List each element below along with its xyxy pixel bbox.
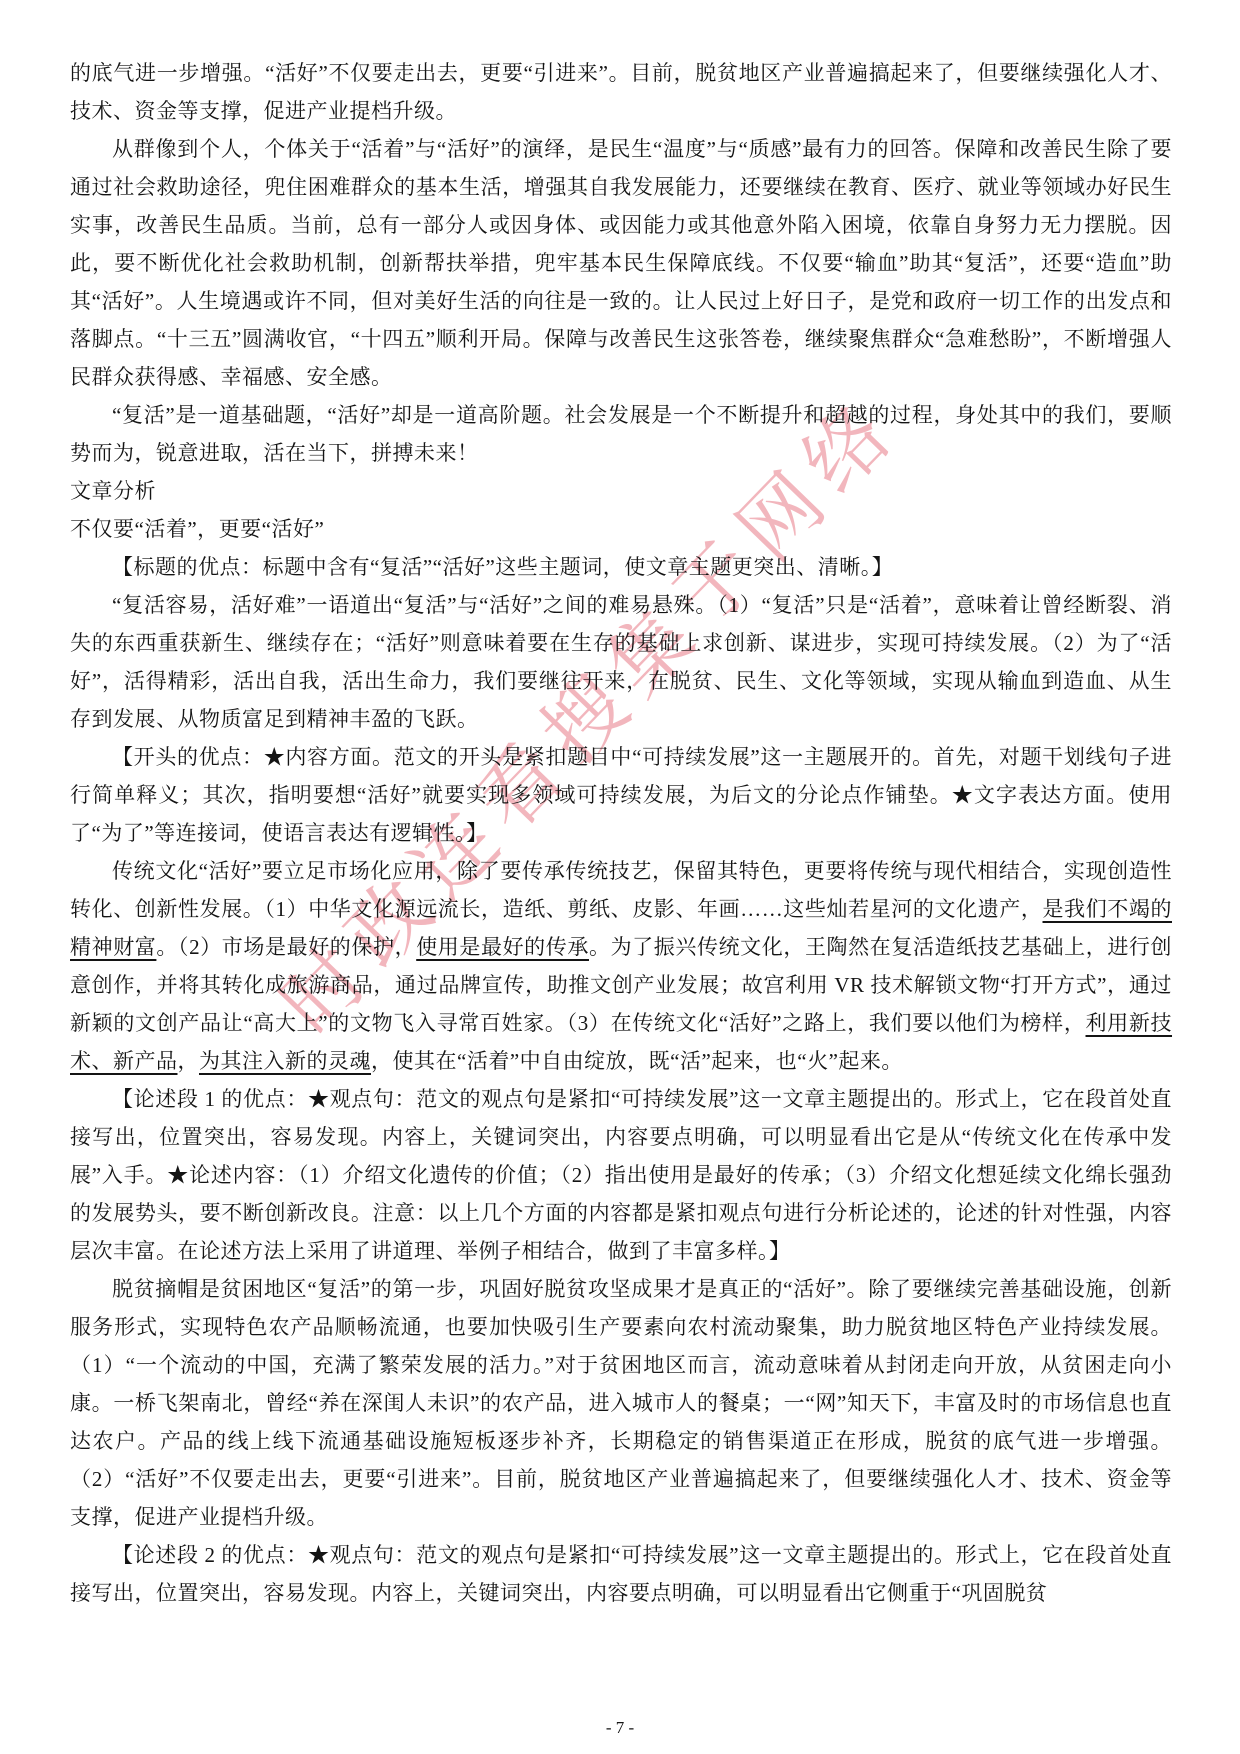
document-body: 的底气进一步增强。“活好”不仅要走出去，更要“引进来”。目前，脱贫地区产业普遍搞… [70, 54, 1172, 1612]
document-page: 时政连看搜集于网络 的底气进一步增强。“活好”不仅要走出去，更要“引进来”。目前… [0, 0, 1240, 1754]
paragraph: 的底气进一步增强。“活好”不仅要走出去，更要“引进来”。目前，脱贫地区产业普遍搞… [70, 54, 1172, 130]
paragraph: 不仅要“活着”，更要“活好” [70, 510, 1172, 548]
text-segment: “复活容易，活好难”一语道出“复活”与“活好”之间的难易悬殊。（1）“复活”只是… [70, 593, 1172, 731]
text-segment: 【论述段 1 的优点：★观点句：范文的观点句是紧扣“可持续发展”这一文章主题提出… [70, 1087, 1172, 1263]
paragraph: 【论述段 2 的优点：★观点句：范文的观点句是紧扣“可持续发展”这一文章主题提出… [70, 1536, 1172, 1612]
text-segment: 不仅要“活着”，更要“活好” [70, 517, 324, 541]
text-segment: ，使其在“活着”中自由绽放，既“活”起来，也“火”起来。 [371, 1049, 903, 1073]
paragraph: “复活容易，活好难”一语道出“复活”与“活好”之间的难易悬殊。（1）“复活”只是… [70, 586, 1172, 738]
text-segment: 传统文化“活好”要立足市场化应用，除了要传承传统技艺，保留其特色，更要将传统与现… [70, 859, 1172, 921]
page-number: - 7 - [0, 1718, 1240, 1738]
paragraph: 传统文化“活好”要立足市场化应用，除了要传承传统技艺，保留其特色，更要将传统与现… [70, 852, 1172, 1080]
text-segment: ， [178, 1049, 200, 1073]
text-segment: 【标题的优点：标题中含有“复活”“活好”这些主题词，使文章主题更突出、清晰。】 [112, 555, 893, 579]
text-segment: 【论述段 2 的优点：★观点句：范文的观点句是紧扣“可持续发展”这一文章主题提出… [70, 1543, 1172, 1605]
text-segment: 从群像到个人，个体关于“活着”与“活好”的演绎，是民生“温度”与“质感”最有力的… [70, 137, 1172, 389]
paragraph: 【论述段 1 的优点：★观点句：范文的观点句是紧扣“可持续发展”这一文章主题提出… [70, 1080, 1172, 1270]
paragraph: 脱贫摘帽是贫困地区“复活”的第一步，巩固好脱贫攻坚成果才是真正的“活好”。除了要… [70, 1270, 1172, 1536]
underlined-text-segment: 使用是最好的传承 [416, 935, 589, 959]
text-segment: 。（2）市场是最好的保护， [156, 935, 416, 959]
text-segment: 的底气进一步增强。“活好”不仅要走出去，更要“引进来”。目前，脱贫地区产业普遍搞… [70, 61, 1172, 123]
paragraph: 文章分析 [70, 472, 1172, 510]
text-segment: 文章分析 [70, 479, 156, 503]
paragraph: 【标题的优点：标题中含有“复活”“活好”这些主题词，使文章主题更突出、清晰。】 [70, 548, 1172, 586]
paragraph: “复活”是一道基础题，“活好”却是一道高阶题。社会发展是一个不断提升和超越的过程… [70, 396, 1172, 472]
text-segment: “复活”是一道基础题，“活好”却是一道高阶题。社会发展是一个不断提升和超越的过程… [70, 403, 1172, 465]
text-segment: 【开头的优点：★内容方面。范文的开头是紧扣题目中“可持续发展”这一主题展开的。首… [70, 745, 1172, 845]
paragraph: 从群像到个人，个体关于“活着”与“活好”的演绎，是民生“温度”与“质感”最有力的… [70, 130, 1172, 396]
text-segment: 脱贫摘帽是贫困地区“复活”的第一步，巩固好脱贫攻坚成果才是真正的“活好”。除了要… [70, 1277, 1172, 1529]
underlined-text-segment: 为其注入新的灵魂 [199, 1049, 371, 1073]
paragraph: 【开头的优点：★内容方面。范文的开头是紧扣题目中“可持续发展”这一主题展开的。首… [70, 738, 1172, 852]
